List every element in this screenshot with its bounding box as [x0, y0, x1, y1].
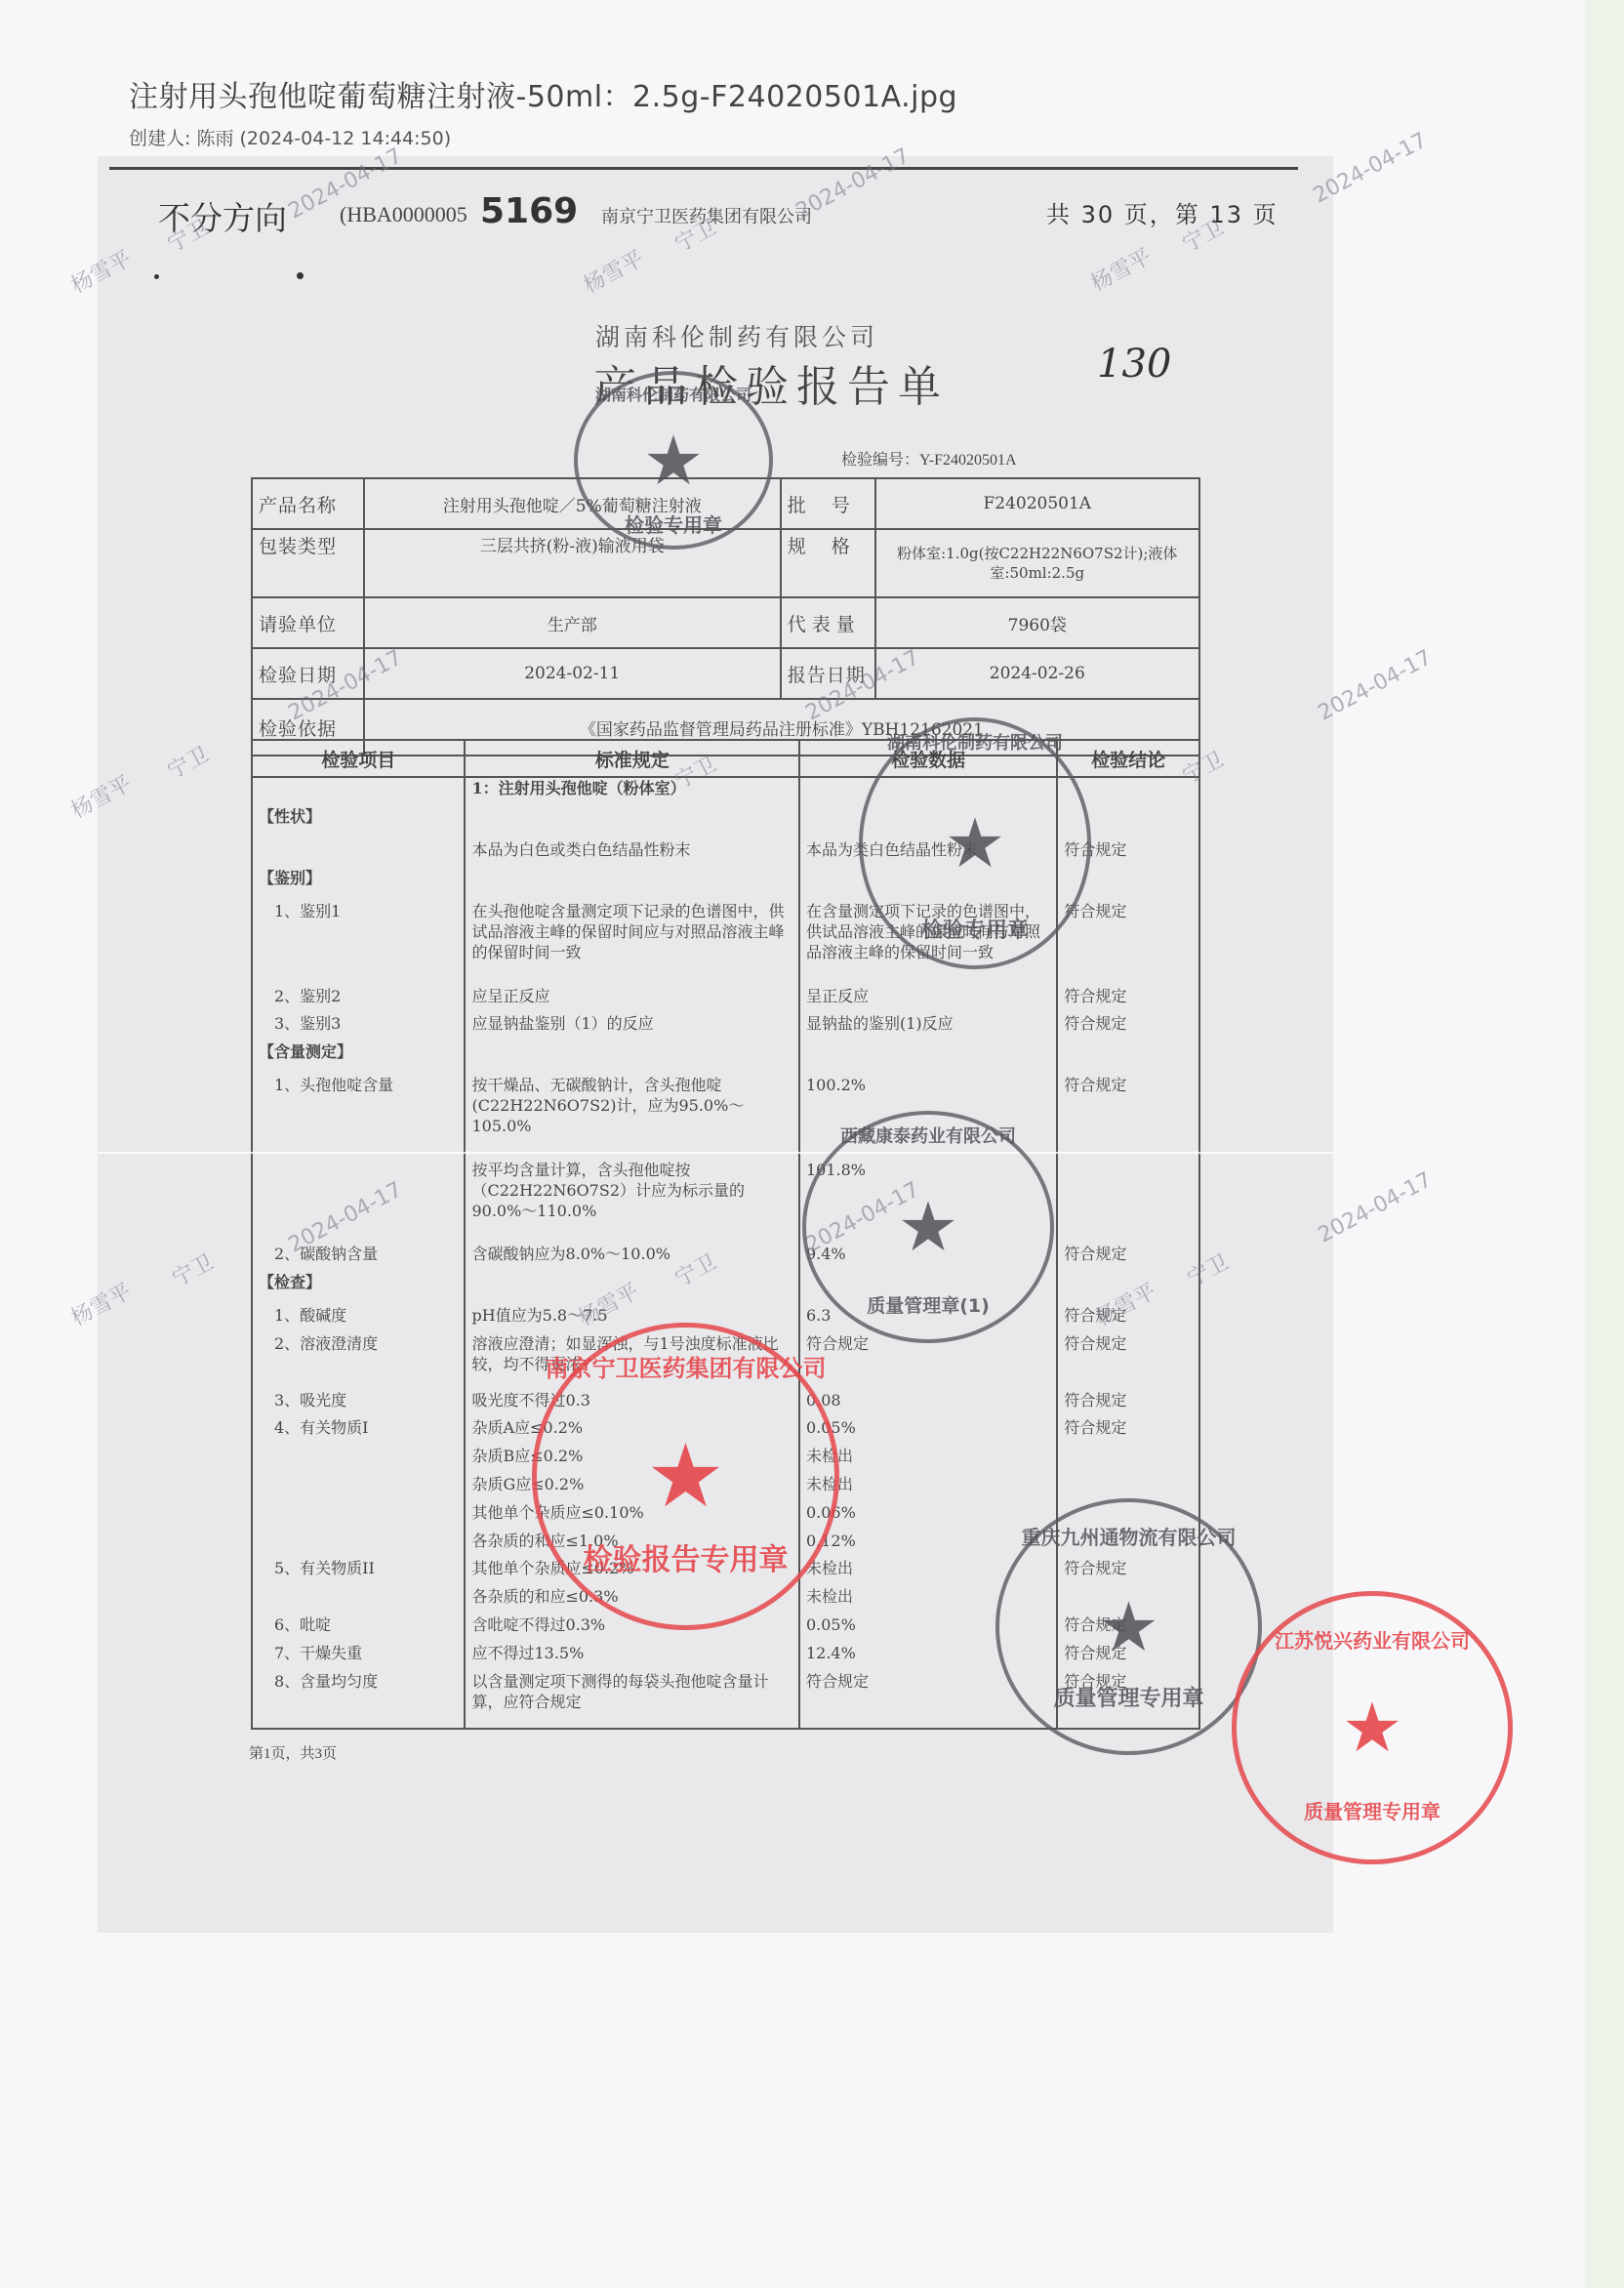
requester-label: 请验单位	[252, 597, 364, 648]
cell-standard: 含碳酸钠应为8.0%～10.0%	[465, 1244, 798, 1272]
scan-speck	[154, 274, 159, 279]
star-icon: ★	[643, 427, 705, 495]
quantity-label: 代表量	[781, 597, 875, 648]
kelun-inspection-stamp: 湖南科伦制药有限公司 ★ 检验专用章	[574, 371, 773, 550]
cell-item: 1、头孢他啶含量	[252, 1075, 465, 1160]
column-header-item: 检验项目	[252, 740, 465, 777]
cell-item: 3、鉴别3	[252, 1013, 465, 1042]
cell-result: 符合规定	[1057, 1075, 1199, 1160]
table-row: 2、鉴别2应呈正反应呈正反应符合规定	[252, 986, 1199, 1014]
test-date-value: 2024-02-11	[364, 648, 781, 699]
cell-item	[252, 777, 465, 806]
spec-label: 规 格	[781, 529, 875, 597]
cell-standard: 本品为白色或类白色结晶性粉末	[465, 839, 798, 868]
table-row: 【含量测定】	[252, 1042, 1199, 1075]
cell-standard	[465, 806, 798, 839]
cell-item	[252, 1474, 465, 1502]
cell-standard: 1：注射用头孢他啶（粉体室）	[465, 777, 798, 806]
cell-standard: 应不得过13.5%	[465, 1643, 798, 1671]
cell-item: 8、含量均匀度	[252, 1671, 465, 1728]
cell-result	[1057, 1446, 1199, 1474]
cell-data: 呈正反应	[799, 986, 1057, 1014]
cell-result: 符合规定	[1057, 1417, 1199, 1446]
star-icon: ★	[898, 1193, 959, 1261]
empty-cell	[799, 1727, 1057, 1729]
document-code-prefix: (HBA0000005	[340, 202, 467, 227]
cell-item: 3、吸光度	[252, 1390, 465, 1418]
report-number: 检验编号：Y-F24020501A	[841, 447, 1017, 470]
cell-data: 显钠盐的鉴别(1)反应	[799, 1013, 1057, 1042]
jiangsu-yuexing-stamp: 江苏悦兴药业有限公司 ★ 质量管理专用章	[1232, 1591, 1513, 1864]
cell-item: 【鉴别】	[252, 868, 465, 901]
created-at: (2024-04-12 14:44:50)	[240, 128, 452, 149]
batch-label: 批 号	[781, 478, 875, 529]
kelun-inspection-stamp-2: 湖南科伦制药有限公司 ★ 检验专用章	[859, 717, 1091, 969]
cell-item	[252, 1446, 465, 1474]
requester-value: 生产部	[364, 597, 781, 648]
package-label: 包装类型	[252, 529, 364, 597]
manufacturer-name: 湖南科伦制药有限公司	[595, 318, 878, 353]
star-icon: ★	[1342, 1694, 1403, 1762]
cell-standard: 按平均含量计算，含头孢他啶按（C22H22N6O7S2）计应为标示量的90.0%…	[465, 1160, 798, 1245]
cell-standard: 按干燥品、无碳酸钠计，含头孢他啶(C22H22N6O7S2)计，应为95.0%～…	[465, 1075, 798, 1160]
cell-item: 2、溶液澄清度	[252, 1333, 465, 1390]
quantity-value: 7960袋	[875, 597, 1199, 648]
table-row: 【检查】	[252, 1272, 1199, 1305]
empty-cell	[465, 1727, 798, 1729]
cell-data	[799, 1042, 1057, 1075]
cell-item: 7、干燥失重	[252, 1643, 465, 1671]
cell-item: 2、鉴别2	[252, 986, 465, 1014]
table-row: 2、碳酸钠含量含碳酸钠应为8.0%～10.0%9.4%符合规定	[252, 1244, 1199, 1272]
tibet-quality-stamp: 西藏康泰药业有限公司 ★ 质量管理章(1)	[802, 1111, 1054, 1343]
report-date-value: 2024-02-26	[875, 648, 1199, 699]
cell-result: 符合规定	[1057, 1390, 1199, 1418]
cell-standard: 以含量测定项下测得的每袋头孢他啶含量计算，应符合规定	[465, 1671, 798, 1728]
ningwei-report-stamp: 南京宁卫医药集团有限公司 ★ 检验报告专用章	[532, 1323, 839, 1630]
table-row: 3、鉴别3应显钠盐鉴别（1）的反应显钠盐的鉴别(1)反应符合规定	[252, 1013, 1199, 1042]
chongqing-logistics-stamp: 重庆九州通物流有限公司 ★ 质量管理专用章	[995, 1498, 1262, 1755]
cell-standard	[465, 1042, 798, 1075]
creator-label: 创建人:	[129, 128, 190, 149]
cell-item: 【检查】	[252, 1272, 465, 1305]
product-name-label: 产品名称	[252, 478, 364, 529]
cell-item	[252, 839, 465, 868]
creator-name: 陈雨	[196, 128, 233, 149]
cell-standard: 应呈正反应	[465, 986, 798, 1014]
page-info: 共 30 页，第 13 页	[1046, 195, 1279, 229]
cell-result: 符合规定	[1057, 1333, 1199, 1390]
star-icon: ★	[646, 1433, 725, 1521]
cell-item: 4、有关物质I	[252, 1417, 465, 1446]
cell-item	[252, 1586, 465, 1614]
file-title: 注射用头孢他啶葡萄糖注射液-50ml：2.5g-F24020501A.jpg	[129, 72, 957, 115]
cell-standard: 在头孢他啶含量测定项下记录的色谱图中，供试品溶液主峰的保留时间应与对照品溶液主峰…	[465, 901, 798, 986]
header-rule	[109, 167, 1298, 170]
cell-result: 符合规定	[1057, 986, 1199, 1014]
batch-value: F24020501A	[875, 478, 1199, 529]
cell-standard: 应显钠盐鉴别（1）的反应	[465, 1013, 798, 1042]
handwritten-note: 130	[1097, 342, 1171, 387]
empty-cell	[252, 1727, 465, 1729]
cell-item	[252, 1531, 465, 1559]
cell-result	[1057, 1160, 1199, 1245]
document-code-number: 5169	[480, 191, 578, 231]
cell-standard: pH值应为5.8～7.5	[465, 1305, 798, 1333]
cell-data: 0.08	[799, 1390, 1057, 1418]
cell-item: 【含量测定】	[252, 1042, 465, 1075]
column-header-standard: 标准规定	[465, 740, 798, 777]
cell-item	[252, 1502, 465, 1531]
cell-result	[1057, 1042, 1199, 1075]
paper-crease	[98, 1152, 1333, 1154]
cell-result: 符合规定	[1057, 1013, 1199, 1042]
cell-item: 1、酸碱度	[252, 1305, 465, 1333]
cell-item: 2、碳酸钠含量	[252, 1244, 465, 1272]
star-icon: ★	[945, 809, 1006, 878]
scan-speck	[297, 272, 304, 279]
page-footer: 第1页，共3页	[249, 1742, 337, 1763]
table-row: 1、头孢他啶含量按干燥品、无碳酸钠计，含头孢他啶(C22H22N6O7S2)计，…	[252, 1075, 1199, 1160]
cell-item: 1、鉴别1	[252, 901, 465, 986]
cell-item: 5、有关物质II	[252, 1558, 465, 1586]
cell-result: 符合规定	[1057, 1244, 1199, 1272]
cell-data: 0.05%	[799, 1417, 1057, 1446]
file-meta: 创建人: 陈雨 (2024-04-12 14:44:50)	[129, 124, 451, 150]
cell-item: 6、吡啶	[252, 1614, 465, 1643]
cell-item: 【性状】	[252, 806, 465, 839]
cell-standard	[465, 868, 798, 901]
spec-value: 粉体室:1.0g(按C22H22N6O7S2计);液体室:50ml:2.5g	[875, 529, 1199, 597]
star-icon: ★	[1098, 1593, 1159, 1661]
right-edge-strip	[1585, 0, 1624, 2288]
